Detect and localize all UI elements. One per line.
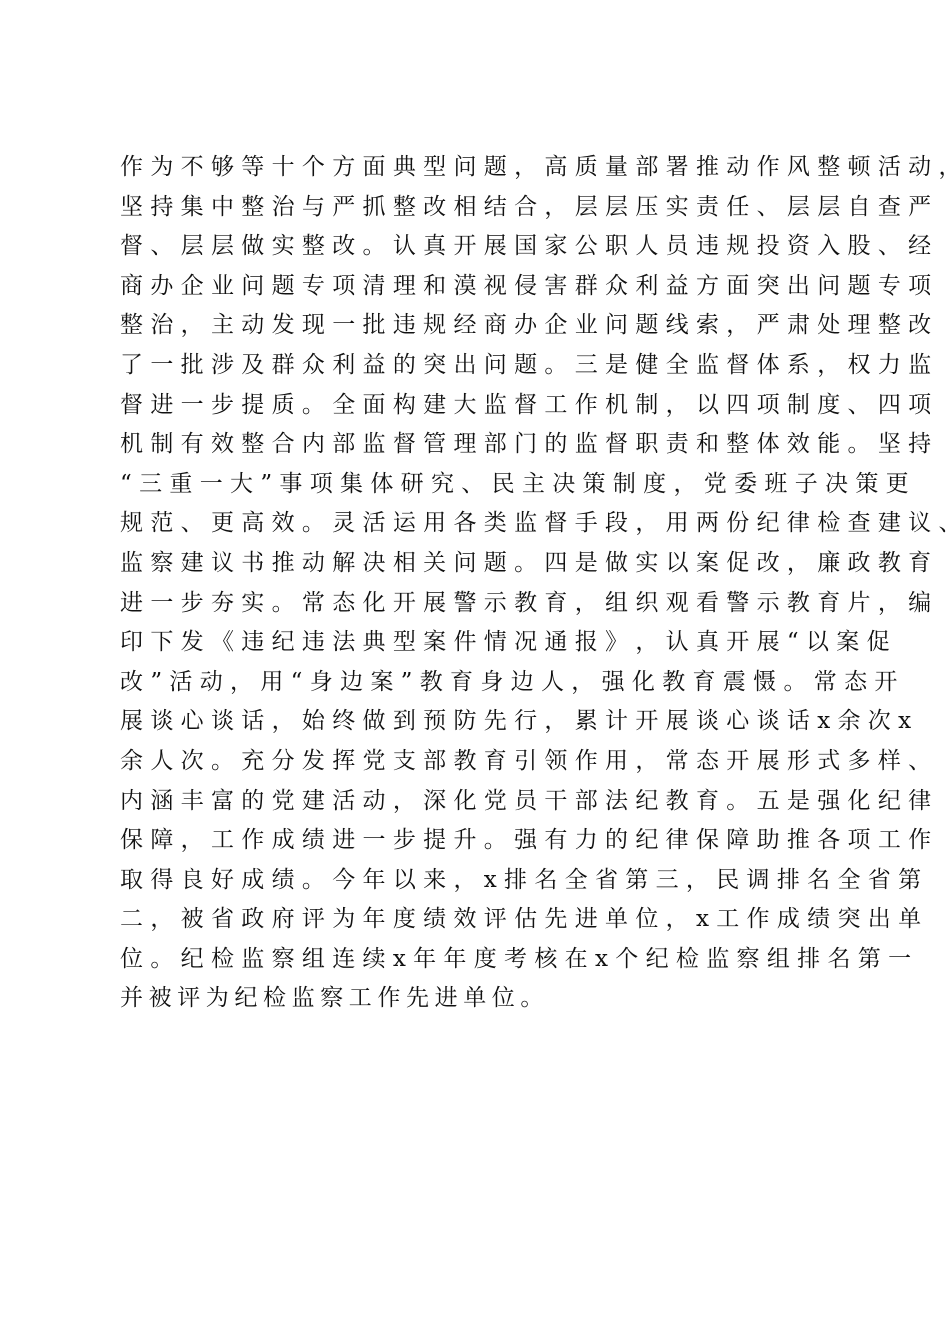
text-line: 整 治 ， 主 动 发 现 一 批 违 规 经 商 办 企 业 问 题 线 索 …	[120, 306, 820, 346]
text-line: 监 察 建 议 书 推 动 解 决 相 关 问 题 。 四 是 做 实 以 案 …	[120, 544, 820, 584]
text-line: 位 。 纪 检 监 察 组 连 续 x 年 年 度 考 核 在 x 个 纪 检 …	[120, 940, 820, 980]
text-line: 内 涵 丰 富 的 党 建 活 动 ， 深 化 党 员 干 部 法 纪 教 育 …	[120, 782, 820, 822]
text-line: 保 障 ， 工 作 成 绩 进 一 步 提 升 。 强 有 力 的 纪 律 保 …	[120, 821, 820, 861]
text-line: 展 谈 心 谈 话 ， 始 终 做 到 预 防 先 行 ， 累 计 开 展 谈 …	[120, 702, 820, 742]
text-line: 作 为 不 够 等 十 个 方 面 典 型 问 题 ， 高 质 量 部 署 推 …	[120, 148, 832, 188]
text-line: 余 人 次 。 充 分 发 挥 党 支 部 教 育 引 领 作 用 ， 常 态 …	[120, 742, 832, 782]
text-line: 规 范 、 更 高 效 。 灵 活 运 用 各 类 监 督 手 段 ， 用 两 …	[120, 504, 832, 544]
text-line: 二 ， 被 省 政 府 评 为 年 度 绩 效 评 估 先 进 单 位 ， x …	[120, 900, 820, 940]
text-line: 督 、 层 层 做 实 整 改 。 认 真 开 展 国 家 公 职 人 员 违 …	[120, 227, 820, 267]
text-line: 并被评为纪检监察工作先进单位。	[120, 979, 820, 1019]
body-paragraph: 作 为 不 够 等 十 个 方 面 典 型 问 题 ， 高 质 量 部 署 推 …	[120, 148, 820, 1019]
text-line: “ 三 重 一 大 ” 事 项 集 体 研 究 、 民 主 决 策 制 度 ， …	[120, 465, 820, 505]
text-line: 坚 持 集 中 整 治 与 严 抓 整 改 相 结 合 ， 层 层 压 实 责 …	[120, 188, 820, 228]
text-line: 商 办 企 业 问 题 专 项 清 理 和 漠 视 侵 害 群 众 利 益 方 …	[120, 267, 820, 307]
text-line: 进 一 步 夯 实 。 常 态 化 开 展 警 示 教 育 ， 组 织 观 看 …	[120, 584, 820, 624]
text-line: 机 制 有 效 整 合 内 部 监 督 管 理 部 门 的 监 督 职 责 和 …	[120, 425, 820, 465]
document-page: 作 为 不 够 等 十 个 方 面 典 型 问 题 ， 高 质 量 部 署 推 …	[0, 0, 950, 1344]
text-line: 了 一 批 涉 及 群 众 利 益 的 突 出 问 题 。 三 是 健 全 监 …	[120, 346, 820, 386]
text-line: 改 ” 活 动 ， 用 “ 身 边 案 ” 教 育 身 边 人 ， 强 化 教 …	[120, 663, 820, 703]
text-line: 印 下 发 《 违 纪 违 法 典 型 案 件 情 况 通 报 》 ， 认 真 …	[120, 623, 820, 663]
text-line: 取 得 良 好 成 绩 。 今 年 以 来 ， x 排 名 全 省 第 三 ， …	[120, 861, 820, 901]
text-line: 督 进 一 步 提 质 。 全 面 构 建 大 监 督 工 作 机 制 ， 以 …	[120, 386, 820, 426]
